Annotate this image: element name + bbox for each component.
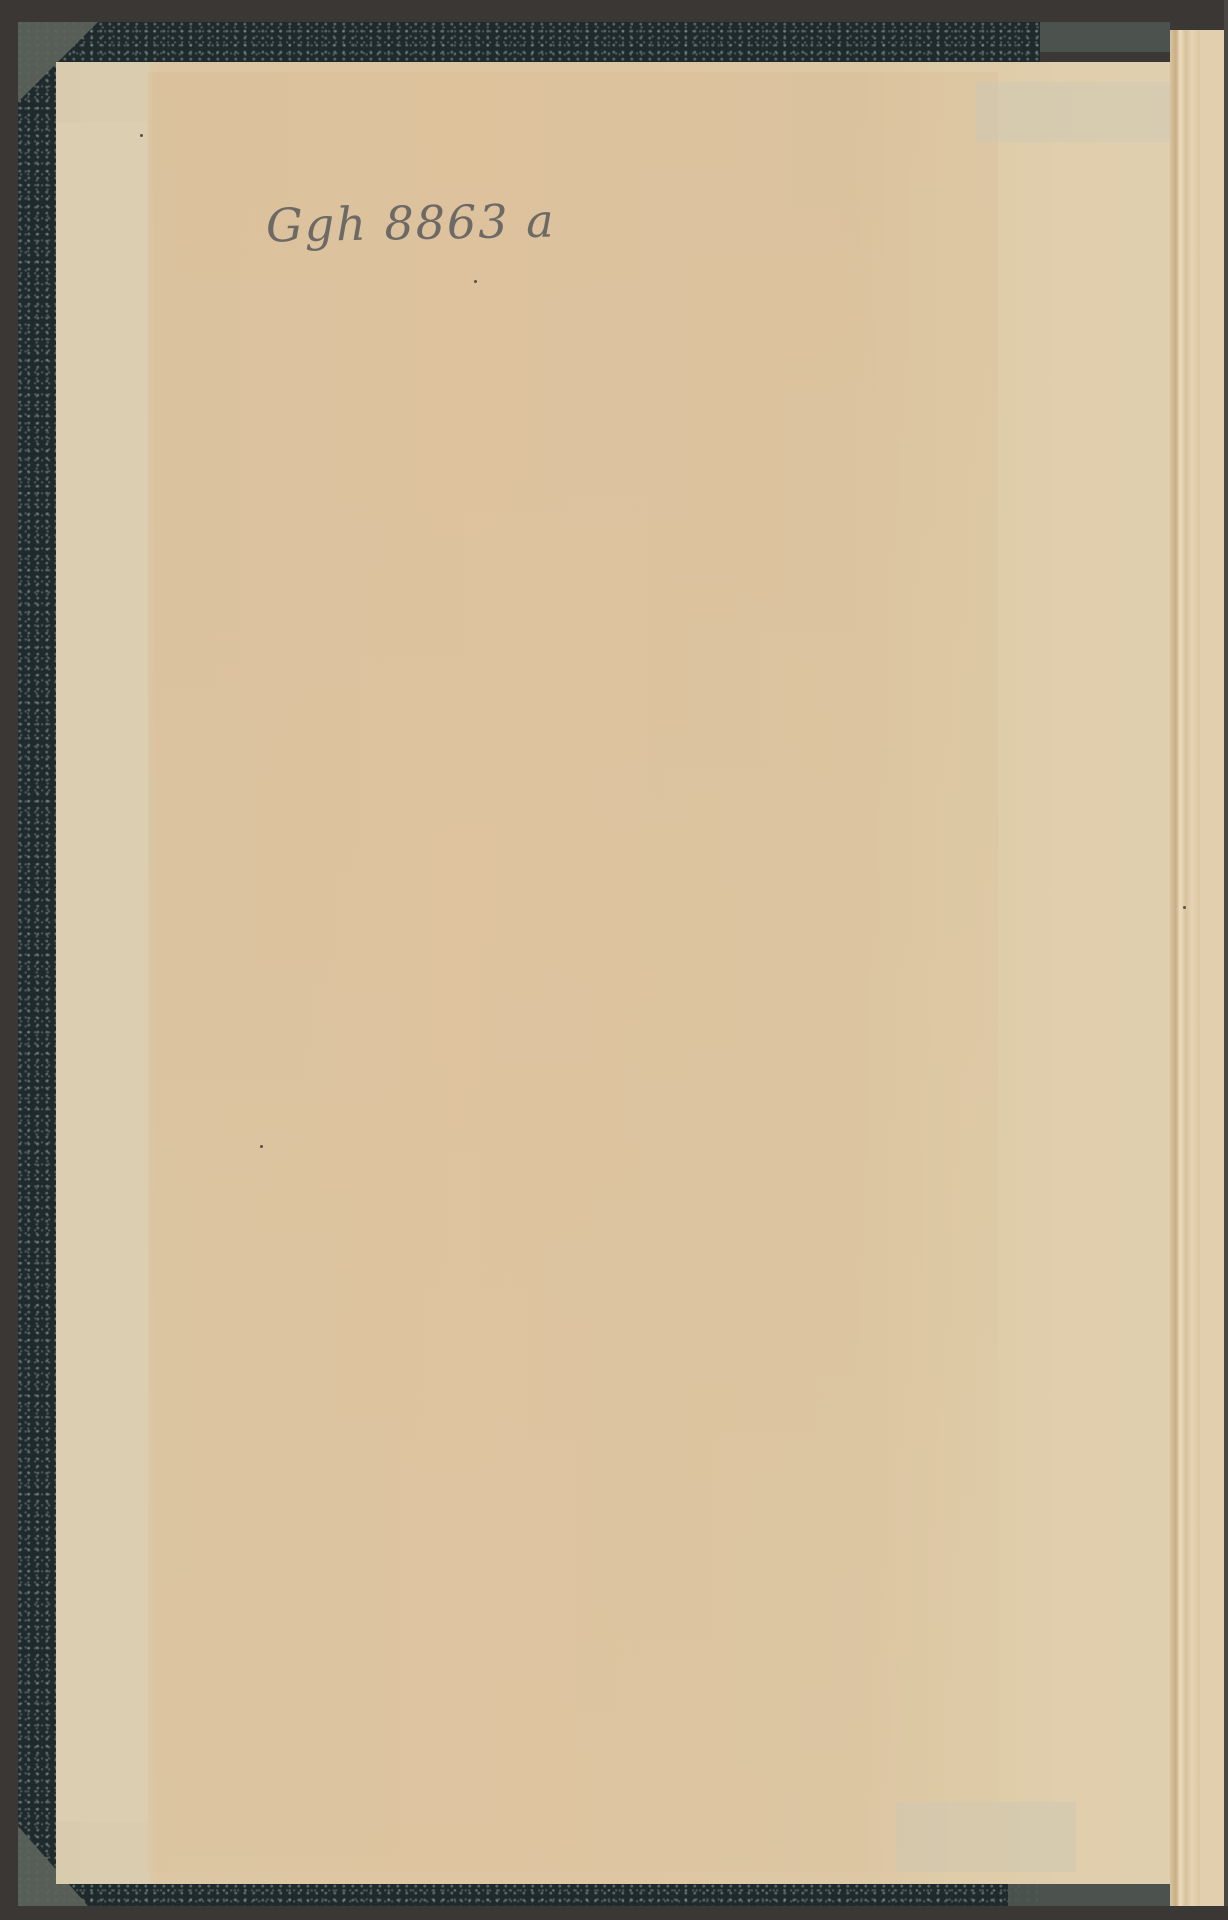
pastedown-paper [56, 62, 1170, 1884]
paper-speck [260, 1145, 263, 1148]
corner-reinforcement-top-right [1040, 22, 1170, 52]
page-edge [1200, 30, 1224, 1906]
paper-left-strip [56, 122, 148, 1822]
paper-speck [1183, 906, 1186, 909]
handwritten-shelfmark: Ggh 8863 a [266, 193, 556, 252]
paper-offset-stain [148, 72, 998, 1872]
paper-speck [474, 280, 477, 283]
book-scan: Ggh 8863 a [0, 0, 1228, 1920]
right-edge [1224, 0, 1228, 1920]
paper-bottom-band [896, 1802, 1076, 1872]
spine-gutter [1170, 30, 1200, 1906]
paper-speck [140, 134, 143, 137]
paper-top-band [976, 82, 1176, 142]
bottom-edge [0, 1906, 1228, 1920]
